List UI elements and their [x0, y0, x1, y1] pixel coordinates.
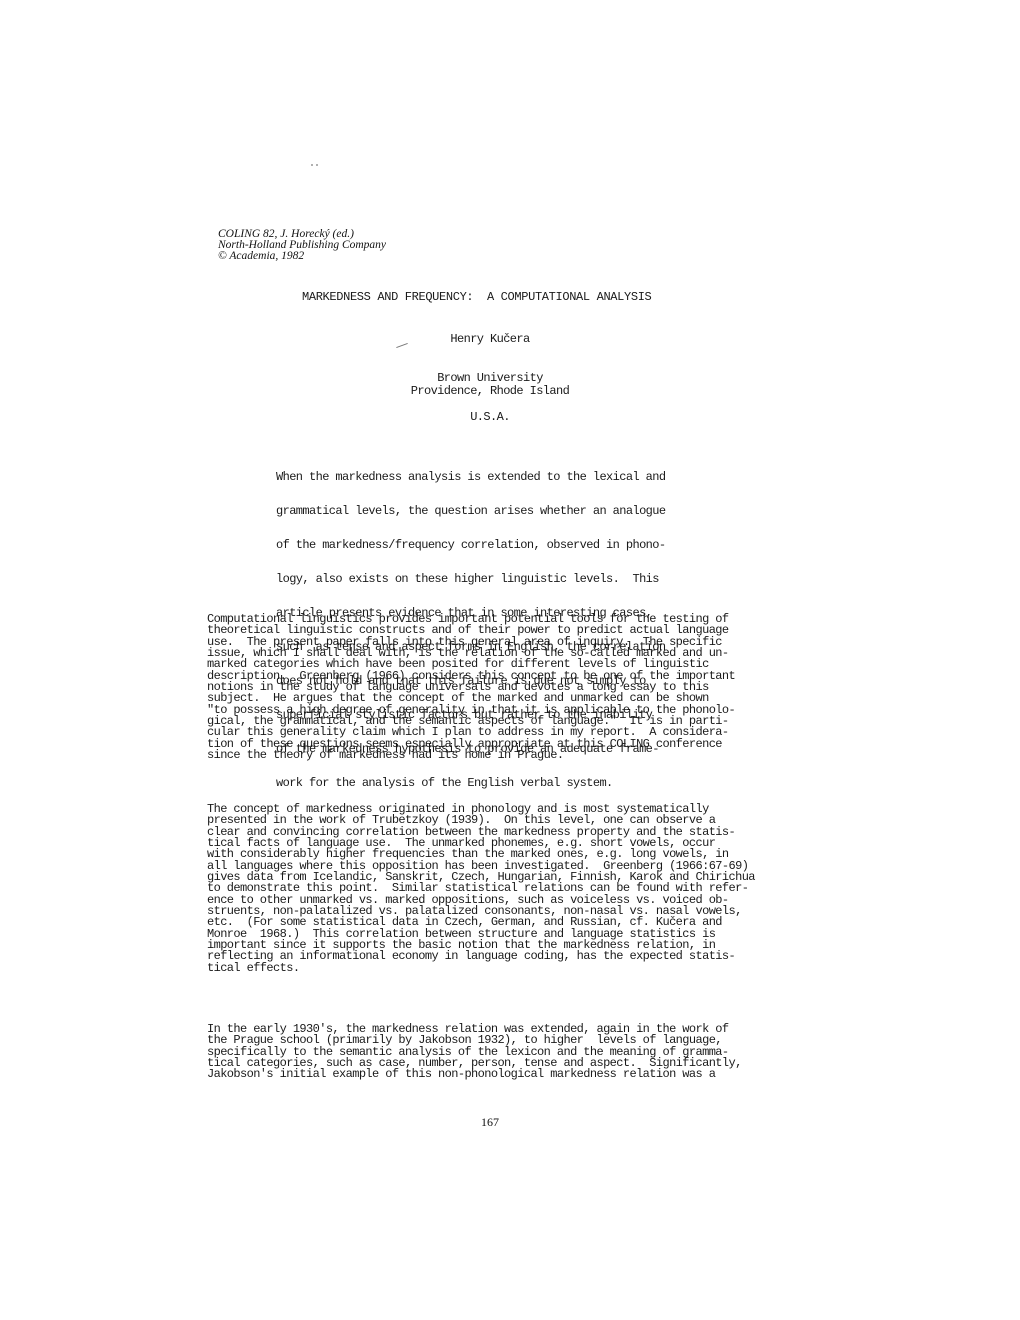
body-paragraph: In the early 1930's, the markedness rela…: [207, 1024, 742, 1081]
abstract-line: work for the analysis of the English ver…: [276, 778, 665, 789]
scan-speck: [316, 164, 318, 166]
abstract-line: When the markedness analysis is extended…: [276, 472, 665, 483]
paper-title: MARKEDNESS AND FREQUENCY: A COMPUTATIONA…: [302, 290, 651, 304]
header-line: © Academia, 1982: [218, 251, 386, 262]
text-line: since the theory of markedness had its h…: [207, 750, 735, 761]
country: U.S.A.: [10, 410, 970, 424]
page-number: 167: [0, 1115, 980, 1130]
body-paragraph: Computational linguistics provides impor…: [207, 614, 735, 761]
text-line: Jakobson's initial example of this non-p…: [207, 1069, 742, 1080]
scan-speck: [311, 164, 313, 166]
abstract-line: grammatical levels, the question arises …: [276, 506, 665, 517]
author-name: Henry Kučera: [10, 332, 970, 346]
text-line: tical effects.: [207, 963, 755, 974]
institution: Brown University: [10, 372, 970, 385]
location: Providence, Rhode Island: [10, 385, 970, 398]
publication-header: COLING 82, J. Horecký (ed.) North-Hollan…: [218, 229, 386, 263]
affiliation: Brown University Providence, Rhode Islan…: [10, 372, 970, 397]
abstract-line: logy, also exists on these higher lingui…: [276, 574, 665, 585]
abstract-line: of the markedness/frequency correlation,…: [276, 540, 665, 551]
body-paragraph: The concept of markedness originated in …: [207, 804, 755, 974]
